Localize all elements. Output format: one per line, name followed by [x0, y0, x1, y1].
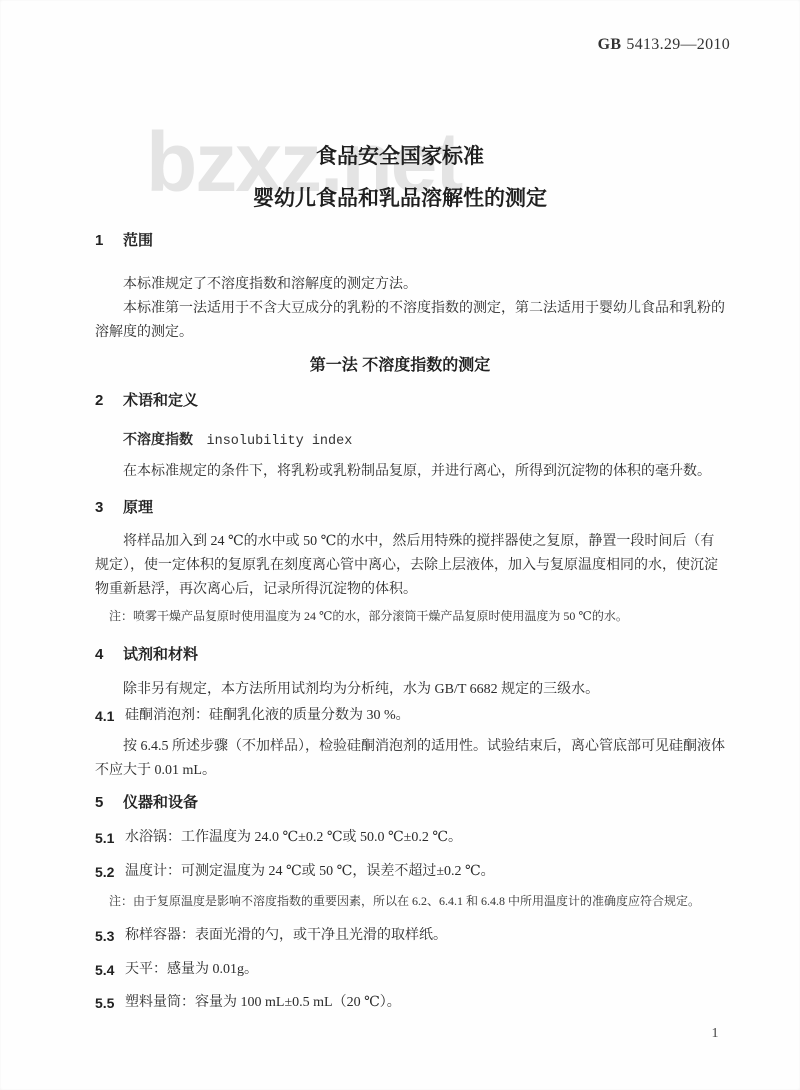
clause-5-4-number: 5.4 — [95, 958, 125, 982]
standard-code: GB5413.29—2010 — [598, 36, 730, 54]
doc-title-line1: 食品安全国家标准 — [0, 140, 800, 170]
section-5-title: 仪器和设备 — [123, 791, 198, 815]
clause-4-1: 4.1 硅酮消泡剂：硅酮乳化液的质量分数为 30 %。 — [95, 704, 728, 728]
scope-paragraph-2: 本标准第一法适用于不含大豆成分的乳粉的不溶度指数的测定，第二法适用于婴幼儿食品和… — [95, 297, 728, 345]
clause-5-1: 5.1 水浴锅：工作温度为 24.0 ℃±0.2 ℃或 50.0 ℃±0.2 ℃… — [95, 826, 728, 850]
section-5-number: 5 — [95, 791, 123, 815]
reagents-paragraph-2: 按 6.4.5 所述步骤（不加样品），检验硅酮消泡剂的适用性。试验结束后，离心管… — [95, 735, 728, 783]
term-english: insolubility index — [207, 434, 353, 449]
clause-5-5-text: 塑料量筒：容量为 100 mL±0.5 mL（20 ℃）。 — [125, 991, 401, 1015]
document-page: bzxz.net GB5413.29—2010 食品安全国家标准 婴幼儿食品和乳… — [0, 0, 800, 1090]
standard-code-number: 5413.29—2010 — [626, 36, 730, 53]
section-1-heading: 1 范围 — [95, 229, 728, 253]
method-1-heading: 第一法 不溶度指数的测定 — [0, 352, 800, 375]
clause-4-1-number: 4.1 — [95, 704, 125, 728]
principle-note: 注：喷雾干燥产品复原时使用温度为 24 ℃的水，部分滚筒干燥产品复原时使用温度为… — [95, 607, 742, 625]
clause-5-2: 5.2 温度计：可测定温度为 24 ℃或 50 ℃，误差不超过±0.2 ℃。 — [95, 860, 728, 884]
principle-paragraph: 将样品加入到 24 ℃的水中或 50 ℃的水中，然后用特殊的搅拌器使之复原，静置… — [95, 530, 728, 602]
clause-5-5: 5.5 塑料量筒：容量为 100 mL±0.5 mL（20 ℃）。 — [95, 991, 728, 1015]
clause-5-1-number: 5.1 — [95, 826, 125, 850]
thermometer-note: 注：由于复原温度是影响不溶度指数的重要因素，所以在 6.2、6.4.1 和 6.… — [95, 892, 742, 910]
section-4-number: 4 — [95, 643, 123, 667]
clause-5-3: 5.3 称样容器：表面光滑的勺，或干净且光滑的取样纸。 — [95, 924, 728, 948]
section-4-title: 试剂和材料 — [123, 643, 198, 667]
section-2-number: 2 — [95, 389, 123, 413]
standard-code-prefix: GB — [598, 36, 622, 53]
section-1-number: 1 — [95, 229, 123, 253]
scope-paragraph-1: 本标准规定了不溶度指数和溶解度的测定方法。 — [95, 273, 728, 297]
section-5-heading: 5 仪器和设备 — [95, 791, 728, 815]
section-2-title: 术语和定义 — [123, 389, 198, 413]
section-2-heading: 2 术语和定义 — [95, 389, 728, 413]
clause-5-2-text: 温度计：可测定温度为 24 ℃或 50 ℃，误差不超过±0.2 ℃。 — [125, 860, 495, 884]
clause-4-1-text: 硅酮消泡剂：硅酮乳化液的质量分数为 30 %。 — [125, 704, 410, 728]
clause-5-5-number: 5.5 — [95, 991, 125, 1015]
clause-5-2-number: 5.2 — [95, 860, 125, 884]
clause-5-4: 5.4 天平：感量为 0.01g。 — [95, 958, 728, 982]
section-4-heading: 4 试剂和材料 — [95, 643, 728, 667]
section-3-title: 原理 — [123, 496, 153, 520]
term-definition: 在本标准规定的条件下，将乳粉或乳粉制品复原，并进行离心，所得到沉淀物的体积的毫升… — [95, 460, 728, 484]
reagents-paragraph-1: 除非另有规定，本方法所用试剂均为分析纯，水为 GB/T 6682 规定的三级水。 — [95, 678, 728, 702]
clause-5-1-text: 水浴锅：工作温度为 24.0 ℃±0.2 ℃或 50.0 ℃±0.2 ℃。 — [125, 826, 462, 850]
term-heading: 不溶度指数 insolubility index — [123, 427, 756, 454]
term-chinese: 不溶度指数 — [123, 431, 193, 447]
section-3-number: 3 — [95, 496, 123, 520]
clause-5-3-number: 5.3 — [95, 924, 125, 948]
doc-title-line2: 婴幼儿食品和乳品溶解性的测定 — [0, 182, 800, 212]
clause-5-4-text: 天平：感量为 0.01g。 — [125, 958, 258, 982]
clause-5-3-text: 称样容器：表面光滑的勺，或干净且光滑的取样纸。 — [125, 924, 447, 948]
page-number: 1 — [690, 1026, 740, 1042]
section-1-title: 范围 — [123, 229, 153, 253]
section-3-heading: 3 原理 — [95, 496, 728, 520]
